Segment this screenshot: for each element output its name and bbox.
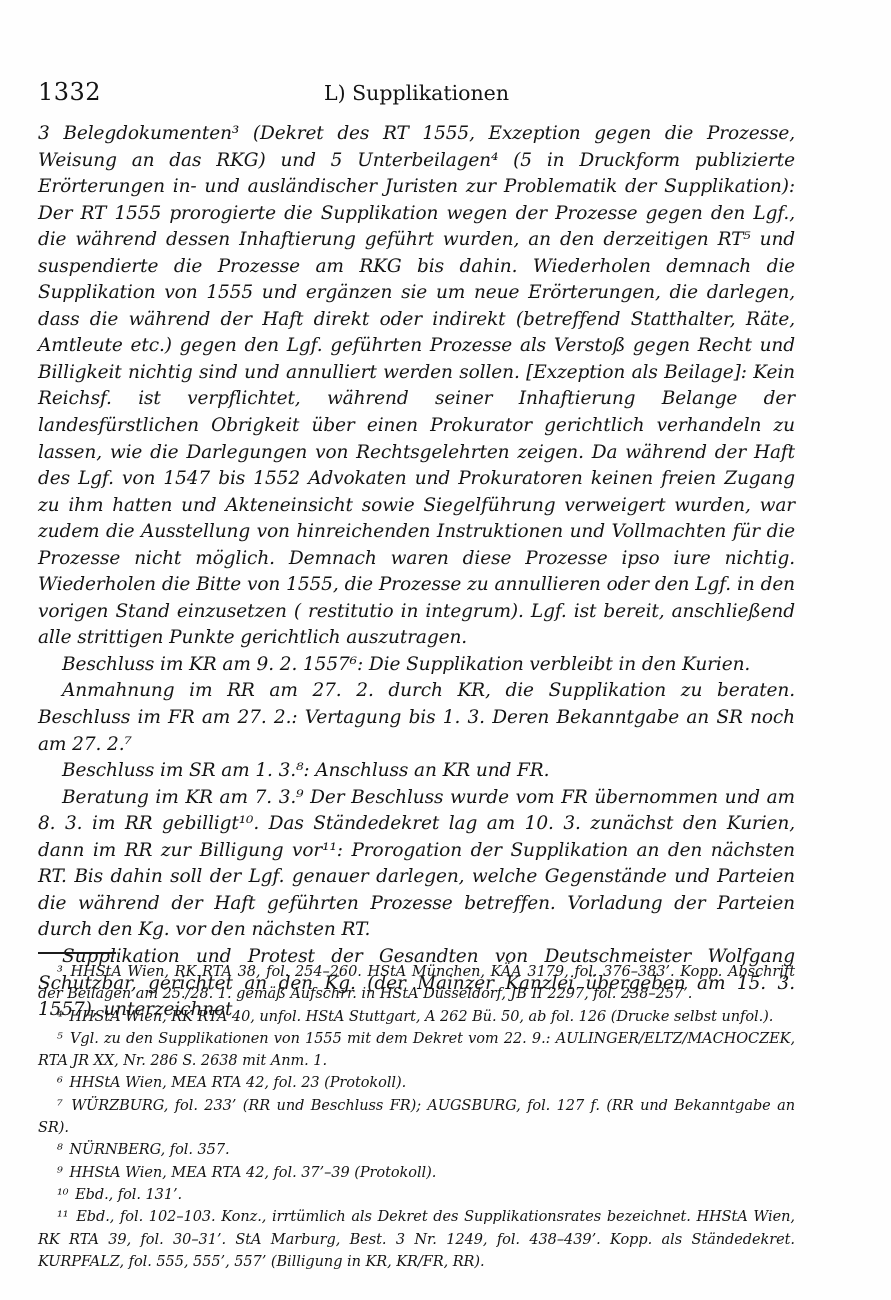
body-text: 3 Belegdokumenten³ (Dekret des RT 1555, …	[38, 121, 795, 1024]
footnote: ³ HHStA Wien, RK RTA 38, fol. 254–260. H…	[38, 961, 795, 1006]
footnote-text: NÜRNBERG, fol. 357.	[69, 1142, 229, 1158]
footnote-marker: ³	[57, 964, 65, 980]
footnote-text: Vgl. zu den Supplikationen von 1555 mit …	[38, 1031, 795, 1069]
footnote-text: Ebd., fol. 131’.	[75, 1187, 182, 1203]
page-header: 1332 L) Supplikationen	[38, 78, 795, 108]
running-header: L) Supplikationen	[38, 78, 795, 105]
footnote-marker: ⁸	[57, 1142, 65, 1158]
footnote-text: HHStA Wien, RK RTA 38, fol. 254–260. HSt…	[38, 964, 795, 1002]
footnote: ⁷ WÜRZBURG, fol. 233’ (RR und Beschluss …	[38, 1095, 795, 1140]
footnote-separator	[38, 952, 116, 954]
footnote-marker: ¹⁰	[57, 1187, 71, 1203]
footnote-marker: ⁵	[57, 1031, 65, 1047]
footnote-marker: ⁷	[57, 1098, 65, 1114]
book-page: 1332 L) Supplikationen 3 Belegdokumenten…	[0, 0, 891, 1300]
footnote: ¹⁰ Ebd., fol. 131’.	[38, 1184, 795, 1206]
footnote-marker: ¹¹	[57, 1209, 71, 1225]
footnote: ¹¹ Ebd., fol. 102–103. Konz., irrtümlich…	[38, 1206, 795, 1273]
footnotes: ³ HHStA Wien, RK RTA 38, fol. 254–260. H…	[38, 961, 795, 1273]
footnote: ⁹ HHStA Wien, MEA RTA 42, fol. 37’–39 (P…	[38, 1162, 795, 1184]
footnote: ⁴ HHStA Wien, RK RTA 40, unfol. HStA Stu…	[38, 1006, 795, 1028]
footnote: ⁵ Vgl. zu den Supplikationen von 1555 mi…	[38, 1028, 795, 1073]
footnote-text: Ebd., fol. 102–103. Konz., irrtümlich al…	[38, 1209, 795, 1270]
footnote-text: HHStA Wien, RK RTA 40, unfol. HStA Stutt…	[69, 1009, 773, 1025]
footnote-marker: ⁴	[57, 1009, 65, 1025]
page-number: 1332	[38, 78, 101, 106]
footnote: ⁸ NÜRNBERG, fol. 357.	[38, 1139, 795, 1161]
paragraph: Beratung im KR am 7. 3.⁹ Der Beschluss w…	[38, 785, 795, 944]
paragraph: 3 Belegdokumenten³ (Dekret des RT 1555, …	[38, 121, 795, 652]
paragraph: Beschluss im KR am 9. 2. 1557⁶: Die Supp…	[38, 652, 795, 679]
footnote-marker: ⁶	[57, 1075, 65, 1091]
footnote: ⁶ HHStA Wien, MEA RTA 42, fol. 23 (Proto…	[38, 1072, 795, 1094]
paragraph: Anmahnung im RR am 27. 2. durch KR, die …	[38, 678, 795, 758]
footnote-text: HHStA Wien, MEA RTA 42, fol. 23 (Protoko…	[69, 1075, 406, 1091]
footnote-text: WÜRZBURG, fol. 233’ (RR und Beschluss FR…	[38, 1098, 795, 1136]
footnote-text: HHStA Wien, MEA RTA 42, fol. 37’–39 (Pro…	[69, 1165, 436, 1181]
footnote-marker: ⁹	[57, 1165, 65, 1181]
paragraph: Beschluss im SR am 1. 3.⁸: Anschluss an …	[38, 758, 795, 785]
